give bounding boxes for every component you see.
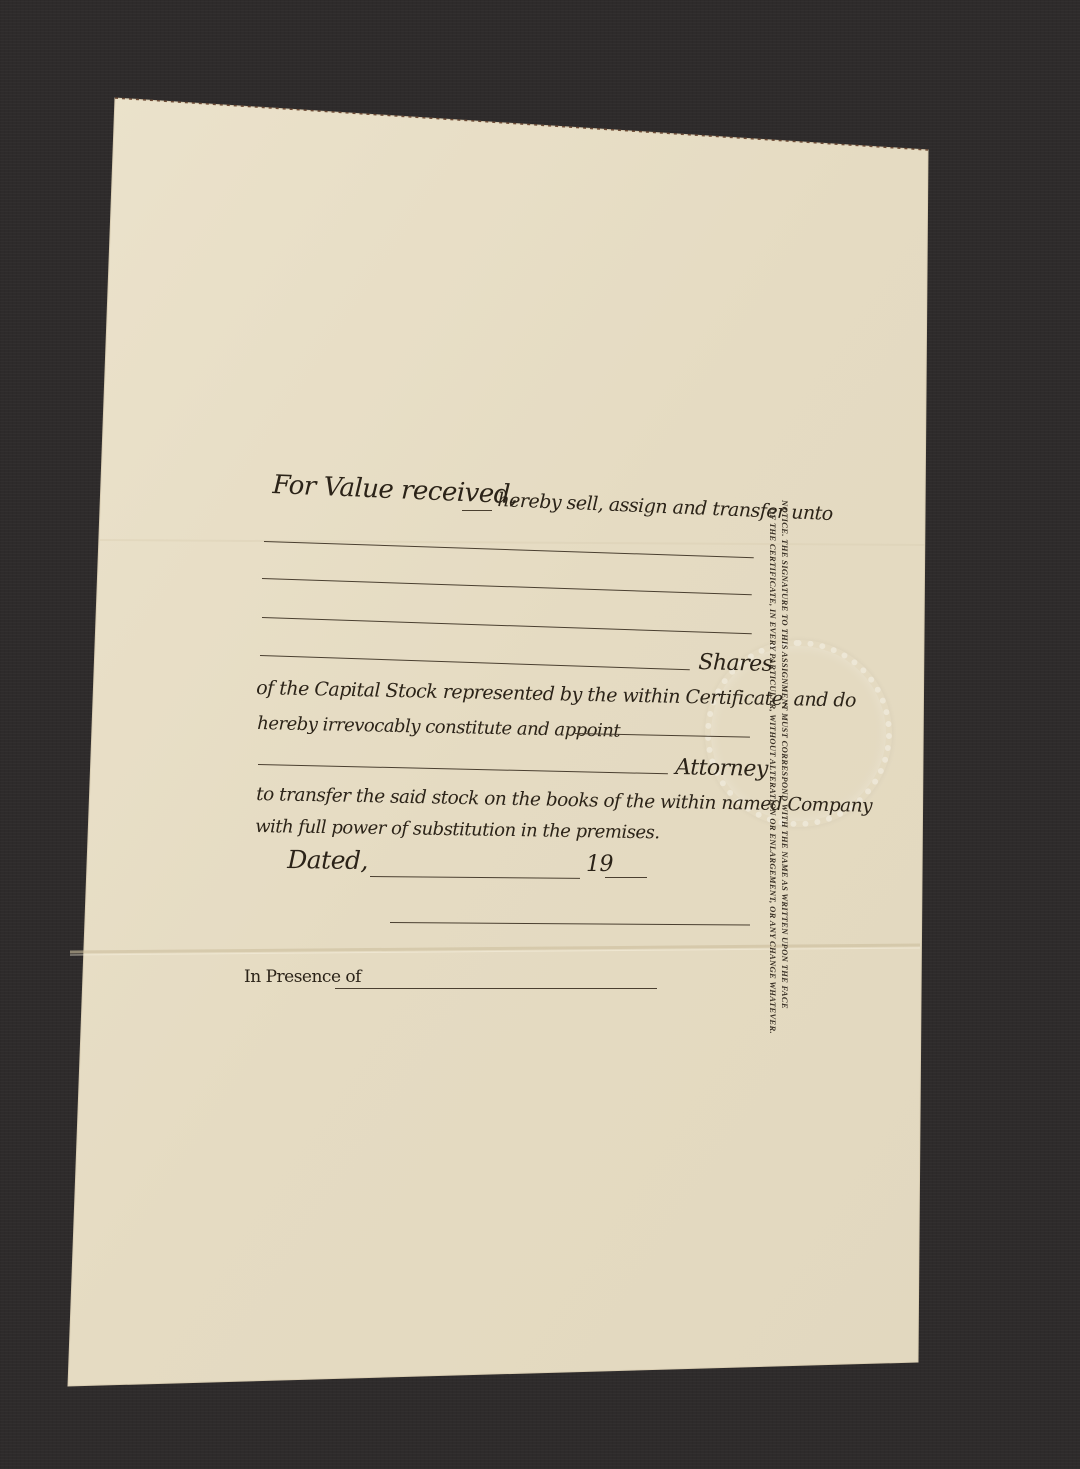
year-line	[605, 877, 647, 878]
in-presence-of-label: In Presence of	[244, 967, 361, 987]
signature-notice: Notice. The signature to this assignment…	[766, 500, 790, 1040]
notice-line-1: Notice. The signature to this assignment…	[780, 500, 790, 1009]
attorney-label: Attorney	[675, 755, 768, 782]
dated-label: Dated,	[287, 845, 368, 875]
assignor-blank-line	[462, 510, 492, 511]
notice-line-2: of the certificate, in every particular,…	[768, 508, 778, 1034]
year-prefix: 19	[586, 852, 613, 877]
witness-line	[335, 988, 657, 989]
shares-label: Shares	[698, 650, 773, 677]
